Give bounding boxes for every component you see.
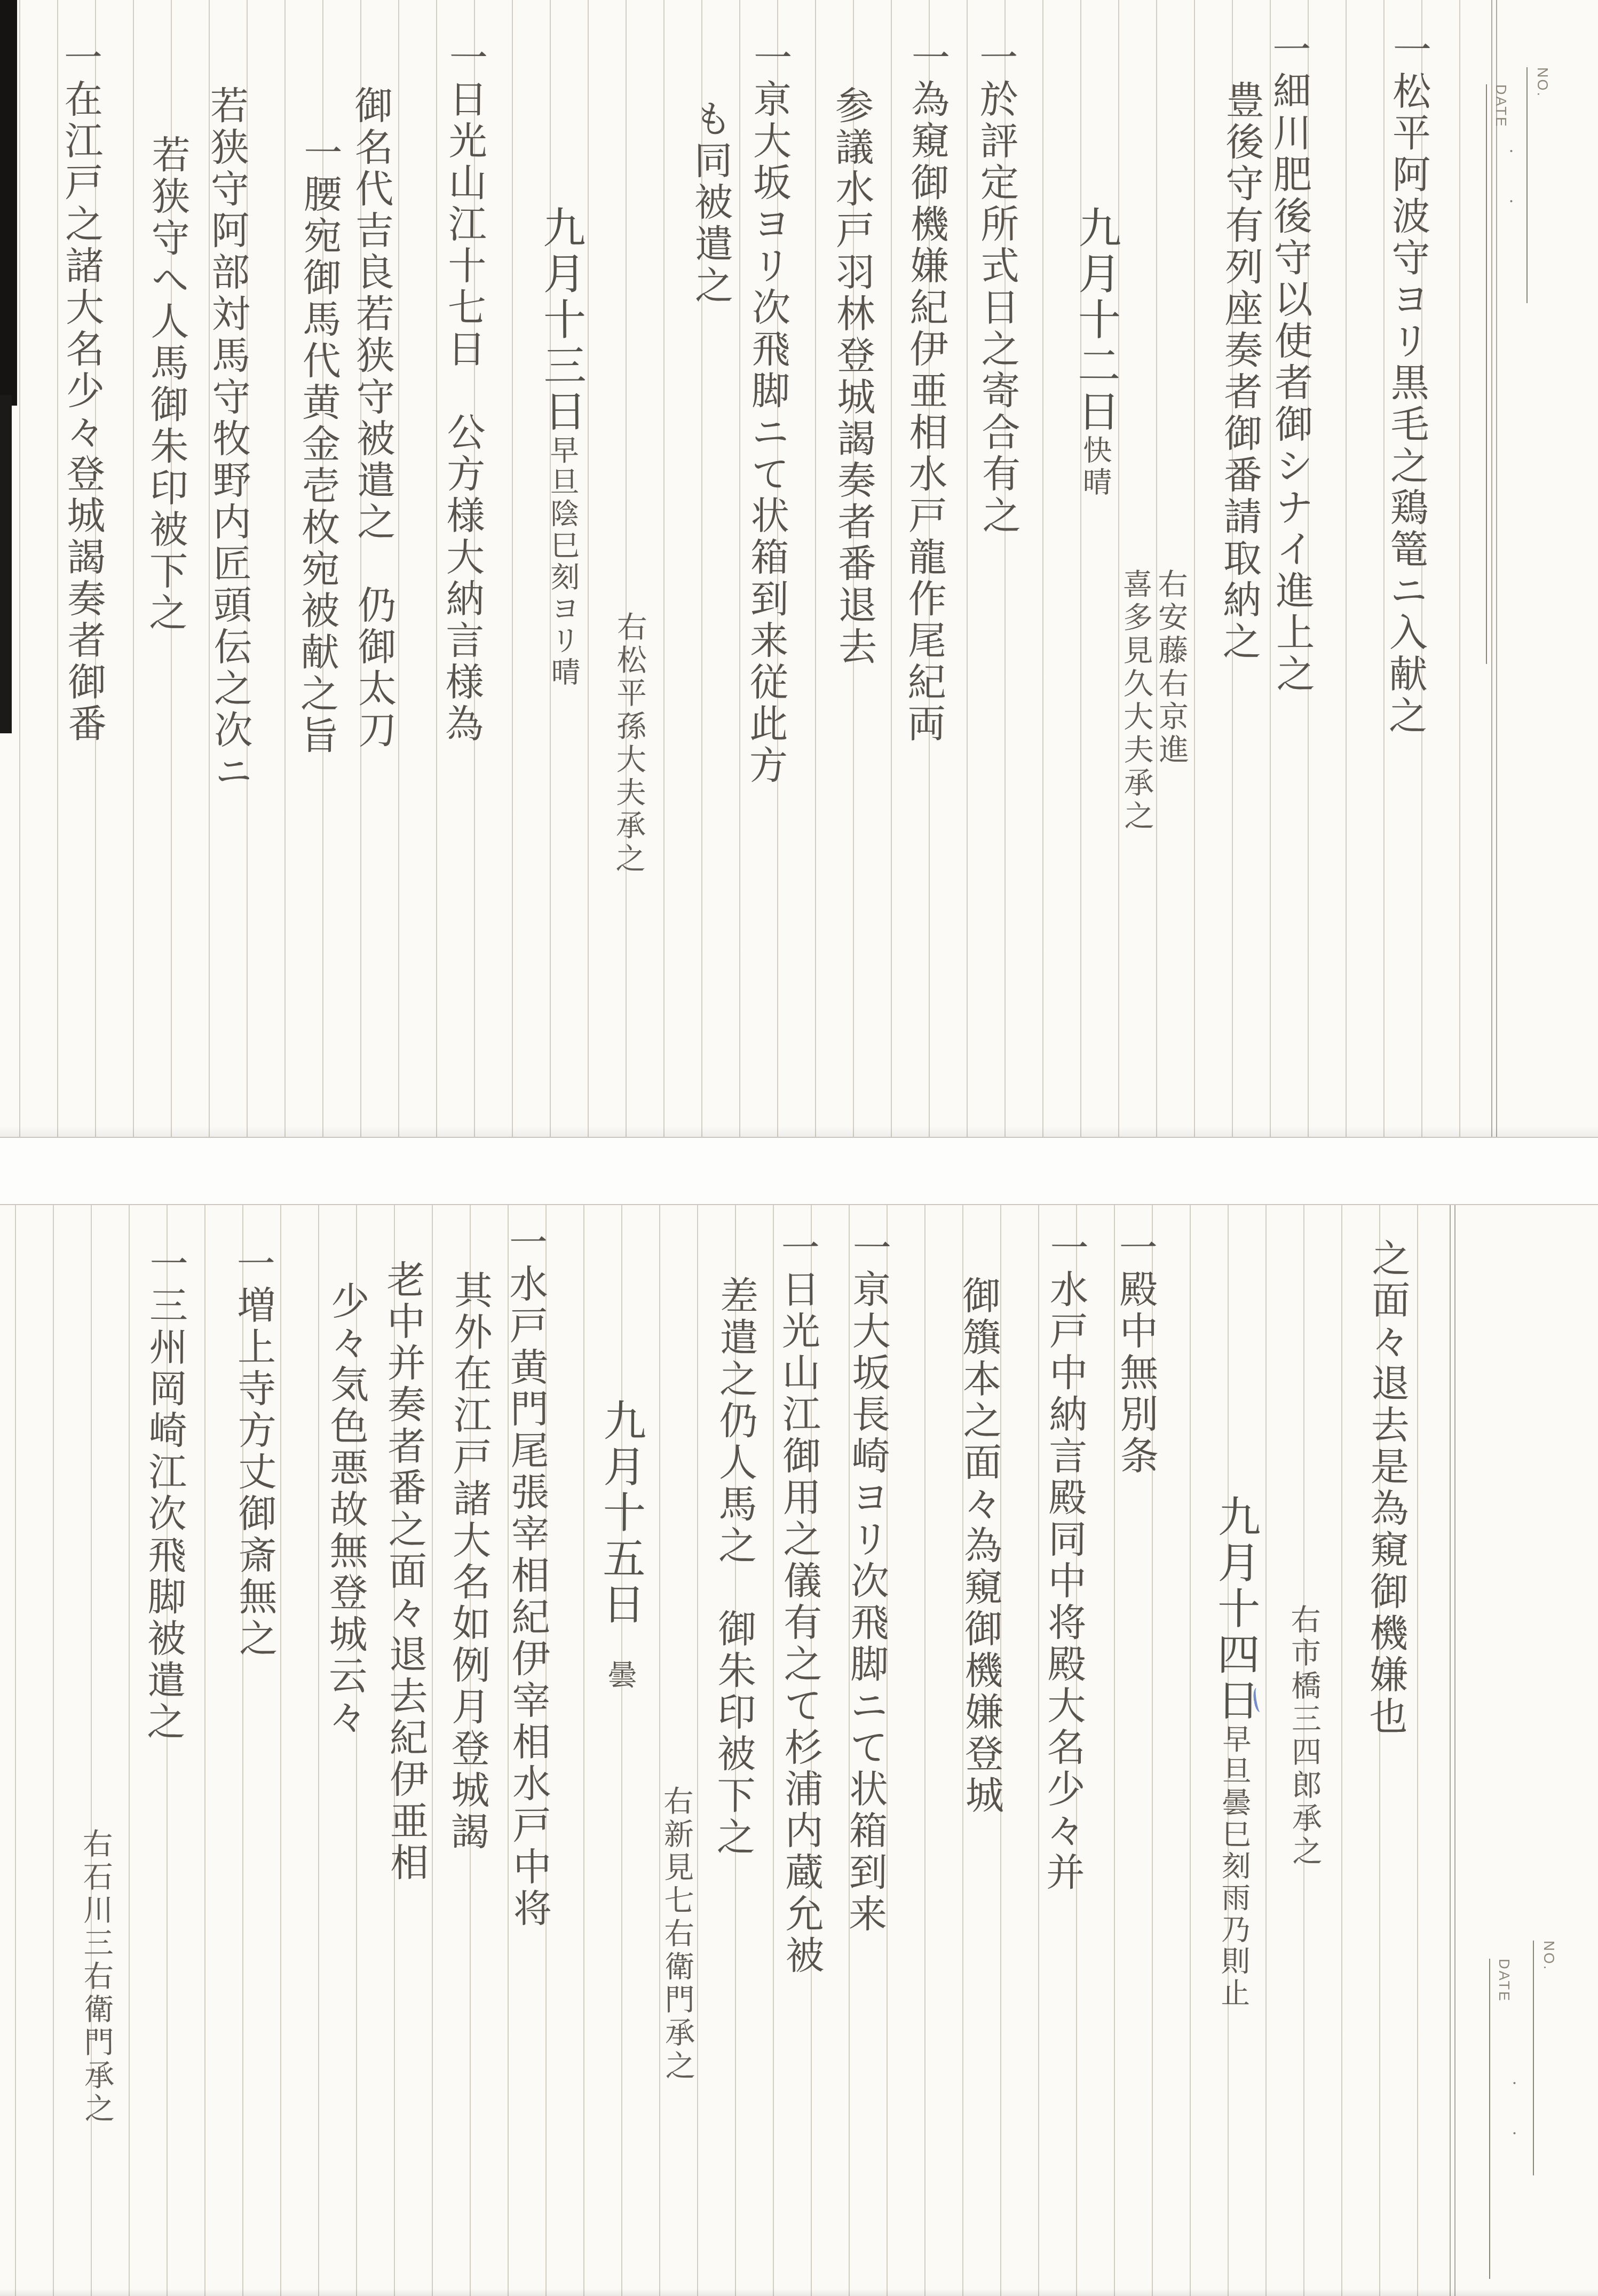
- journal-entry-column: 之面々退去是為窺御機嫌也: [1366, 1238, 1407, 1738]
- journal-entry-column: 一為窺御機嫌紀伊亜相水戸龍作尾紀両: [904, 37, 947, 745]
- journal-entry-column: 一殿中無別条: [1116, 1228, 1156, 1477]
- annotation-line: 右市橋三四郎承之: [1288, 1604, 1319, 1869]
- weather-note: 曇: [603, 1628, 637, 1691]
- journal-entry-column: 一日光山江御用之儀有之て杉浦内蔵允被: [778, 1228, 821, 1977]
- scanner-edge-shadow: [0, 395, 12, 733]
- annotation-line: 喜多見久大夫承之: [1120, 568, 1151, 833]
- journal-entry-column: 差遣之仍人馬之 御朱印被下之: [714, 1276, 756, 1858]
- weather-note: 早旦曇巳刻雨乃則止: [1216, 1724, 1251, 2009]
- journal-entry-column: 一日光山江十七日 公方様大納言様為: [442, 37, 485, 745]
- date-line: [1489, 1959, 1490, 2279]
- date-label: DATE: [1492, 84, 1509, 128]
- date-text: 九月十三日: [535, 205, 587, 436]
- date-label: DATE: [1496, 1959, 1512, 2002]
- journal-entry-column: 御籏本之面々為窺御機嫌登城: [959, 1276, 1001, 1817]
- page-gap: [0, 1138, 1598, 1205]
- journal-entry-column: 一腰宛御馬代黄金壱枚宛被献之旨: [297, 132, 339, 757]
- scanner-edge-shadow: [0, 0, 17, 406]
- no-line: [1526, 67, 1528, 303]
- scan-bottom-shadow: [0, 2289, 1598, 2296]
- date-text: 九月十四日: [1209, 1494, 1261, 1724]
- weather-note: 早旦陰巳刻ヨリ晴: [545, 435, 580, 689]
- scribe-annotation: 右松平孫大夫承之: [607, 611, 644, 876]
- date-heading: 九月十四日早旦曇巳刻雨乃則止: [1211, 1494, 1257, 2009]
- journal-entry-column: 参議水戸羽林登城謁奏者番退去: [832, 85, 874, 668]
- scribe-annotation: 右新見七右衛門承之: [655, 1785, 692, 2083]
- date-heading: 九月十五日 曇: [598, 1398, 642, 1691]
- no-line: [1533, 1941, 1534, 2175]
- journal-entry-column: 一亰大坂長崎ヨリ次飛脚ニて状箱到来: [845, 1228, 888, 1935]
- date-text: 九月十二日: [1070, 205, 1121, 436]
- journal-entry-column: 若狭守阿部対馬守牧野内匠頭伝之次ニ: [207, 85, 250, 793]
- scribe-annotation: 右市橋三四郎承之: [1283, 1604, 1319, 1869]
- scanned-journal-page: NO. DATE ・・ 一松平阿波守ヨリ黒毛之鶏篭ニ入献之 一細川肥後守以使者御…: [0, 0, 1598, 2296]
- journal-entry-column: 一三州岡崎江次飛脚被遣之: [144, 1244, 185, 1743]
- journal-entry-column: 一細川肥後守以使者御シナイ進上之: [1269, 29, 1312, 695]
- journal-entry-column: も同被遣之: [691, 99, 730, 307]
- journal-entry-column: 若狭守へ人馬御朱印被下之: [146, 134, 187, 634]
- date-line: [1486, 84, 1487, 664]
- annotation-line: 右新見七右衛門承之: [661, 1785, 692, 2083]
- page-edge-shadow: [0, 1126, 1598, 1137]
- date-heading: 九月十二日快晴: [1073, 205, 1117, 498]
- journal-entry-column: 一水戸黄門尾張宰相紀伊宰相水戸中将: [506, 1222, 549, 1930]
- journal-entry-column: 其外在江戸諸大名如例月登城謁: [448, 1270, 490, 1853]
- date-text: 九月十五日: [595, 1398, 646, 1628]
- margin-line: [1491, 0, 1497, 1138]
- scribe-annotation: 右安藤右京進 喜多見久大夫承之: [1114, 568, 1186, 834]
- annotation-line: 右安藤右京進: [1155, 568, 1186, 833]
- annotation-line: 右松平孫大夫承之: [613, 611, 644, 876]
- date-separator-dots: ・・: [1505, 2077, 1522, 2178]
- annotation-line: 右石川三右衛門承之: [80, 1828, 112, 2126]
- journal-entry-column: 一於評定所式日之寄合有之: [976, 37, 1018, 537]
- journal-entry-column: 一増上寺方丈御斎無之: [234, 1244, 275, 1660]
- journal-entry-column: 一松平阿波守ヨリ黒毛之鶏篭ニ入献之: [1386, 29, 1428, 737]
- scribe-annotation: 右石川三右衛門承之: [75, 1828, 112, 2126]
- journal-entry-column: 豊後守有列座奏者御番請取納之: [1220, 80, 1262, 663]
- journal-entry-column: 老中并奏者番之面々退去紀伊亜相: [383, 1260, 425, 1884]
- no-label: NO.: [1540, 1941, 1557, 1971]
- no-label: NO.: [1534, 67, 1550, 98]
- weather-note: 快晴: [1078, 435, 1112, 498]
- date-heading: 九月十三日早旦陰巳刻ヨリ晴: [539, 205, 584, 689]
- page-edge: [0, 1137, 1598, 1138]
- date-separator-dots: ・・: [1502, 145, 1518, 246]
- journal-entry-column: 一在江戸之諸大名少々登城謁奏者御番: [61, 37, 104, 745]
- margin-line: [1450, 1205, 1455, 2296]
- journal-entry-column: 一亰大坂ヨリ次飛脚ニて状箱到来従此方: [746, 37, 789, 787]
- journal-entry-column: 御名代吉良若狭守被遣之 仍御太刀: [351, 85, 394, 751]
- journal-entry-column: 一水戸中納言殿同中将殿大名少々并: [1043, 1228, 1086, 1894]
- journal-entry-column: 少々気色悪故無登城云々: [325, 1281, 366, 1739]
